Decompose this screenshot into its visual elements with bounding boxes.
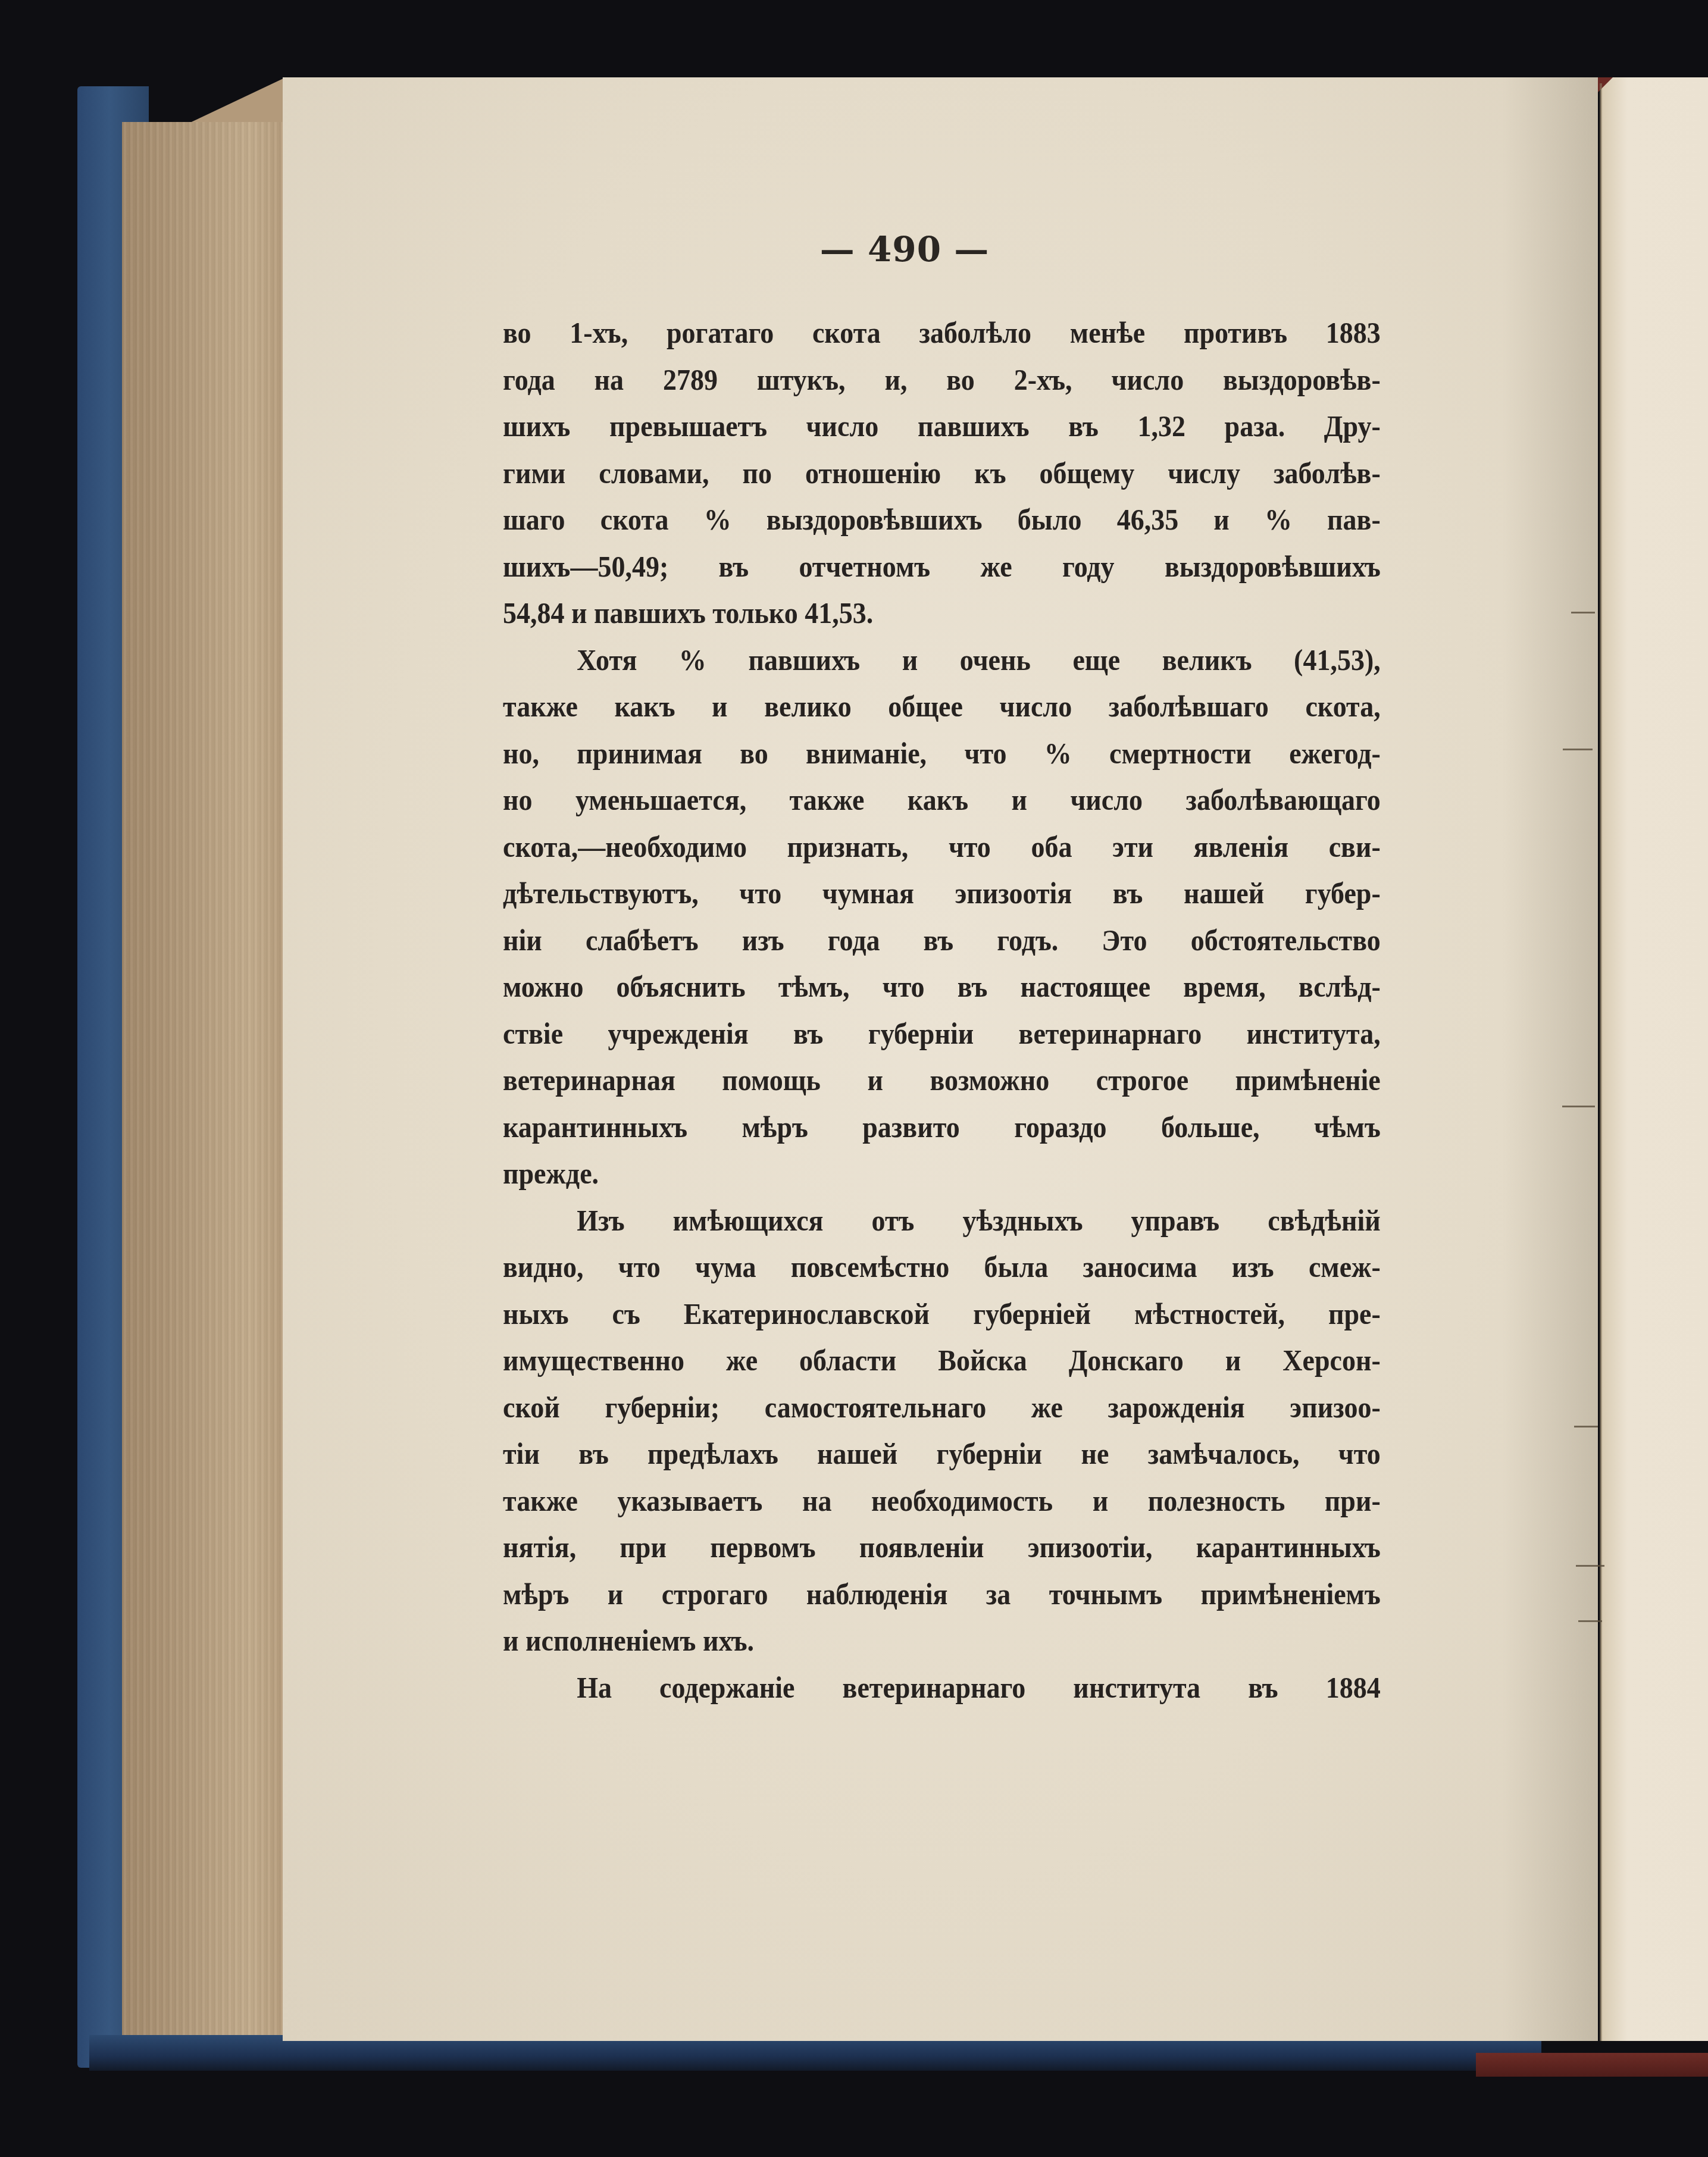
page-block-edges bbox=[122, 122, 283, 2044]
text-line: гими словами, по отношенію къ общему чис… bbox=[503, 450, 1381, 497]
facing-page bbox=[1601, 77, 1708, 2041]
text-line: но уменьшается, также какъ и число забол… bbox=[503, 777, 1381, 824]
text-line: и исполненіемъ ихъ. bbox=[503, 1617, 1381, 1664]
text-line: шихъ превышаетъ число павшихъ въ 1,32 ра… bbox=[503, 403, 1381, 450]
stitch-mark bbox=[1578, 1620, 1602, 1622]
text-line: ствіе учрежденія въ губерніи ветеринарна… bbox=[503, 1010, 1381, 1057]
text-line: шаго скота % выздоровѣвшихъ было 46,35 и… bbox=[503, 496, 1381, 543]
stitch-mark bbox=[1576, 1565, 1604, 1567]
stitch-mark bbox=[1571, 612, 1595, 613]
text-line: можно объяснить тѣмъ, что въ настоящее в… bbox=[503, 963, 1381, 1010]
page-gutter bbox=[1600, 83, 1602, 2041]
text-line: видно, что чума повсемѣстно была заносим… bbox=[503, 1244, 1381, 1291]
text-line: скота,—необходимо признать, что оба эти … bbox=[503, 824, 1381, 871]
text-line: ныхъ съ Екатеринославской губерніей мѣст… bbox=[503, 1291, 1381, 1338]
text-line: года на 2789 штукъ, и, во 2-хъ, число вы… bbox=[503, 356, 1381, 403]
text-line: тіи въ предѣлахъ нашей губерніи не замѣч… bbox=[503, 1430, 1381, 1477]
stitch-mark bbox=[1574, 1426, 1598, 1427]
text-line: прежде. bbox=[503, 1150, 1381, 1197]
text-line: нятія, при первомъ появленіи эпизоотіи, … bbox=[503, 1524, 1381, 1571]
text-line: 54,84 и павшихъ только 41,53. bbox=[503, 590, 1381, 637]
scan-background bbox=[0, 2080, 1708, 2157]
text-line: но, принимая во вниманіе, что % смертнос… bbox=[503, 730, 1381, 777]
text-line: имущественно же области Войска Донскаго … bbox=[503, 1337, 1381, 1384]
text-line: карантинныхъ мѣръ развито гораздо больше… bbox=[503, 1104, 1381, 1151]
page-number: — 490 — bbox=[809, 229, 1000, 270]
body-text: во 1-хъ, рогатаго скота заболѣло менѣе п… bbox=[503, 309, 1310, 1711]
stitch-mark bbox=[1563, 749, 1593, 750]
text-line: Изъ имѣющихся отъ уѣздныхъ управъ свѣдѣн… bbox=[503, 1197, 1381, 1244]
text-line: ской губерніи; самостоятельнаго же зарож… bbox=[503, 1384, 1381, 1431]
text-line: дѣтельствуютъ, что чумная эпизоотія въ н… bbox=[503, 870, 1381, 917]
text-line: На содержаніе ветеринарнаго института въ… bbox=[503, 1664, 1381, 1711]
text-line: во 1-хъ, рогатаго скота заболѣло менѣе п… bbox=[503, 309, 1381, 356]
text-line: ветеринарная помощь и возможно строгое п… bbox=[503, 1057, 1381, 1104]
text-line: шихъ—50,49; въ отчетномъ же году выздоро… bbox=[503, 543, 1381, 590]
text-line: также какъ и велико общее число заболѣвш… bbox=[503, 683, 1381, 730]
book-cover-right-bottom bbox=[1476, 2053, 1708, 2077]
text-line: мѣръ и строгаго наблюденія за точнымъ пр… bbox=[503, 1571, 1381, 1618]
text-line: ніи слабѣетъ изъ года въ годъ. Это обсто… bbox=[503, 917, 1381, 964]
stitch-mark bbox=[1562, 1106, 1595, 1107]
text-line: также указываетъ на необходимость и поле… bbox=[503, 1477, 1381, 1524]
text-line: Хотя % павшихъ и очень еще великъ (41,53… bbox=[503, 637, 1381, 684]
